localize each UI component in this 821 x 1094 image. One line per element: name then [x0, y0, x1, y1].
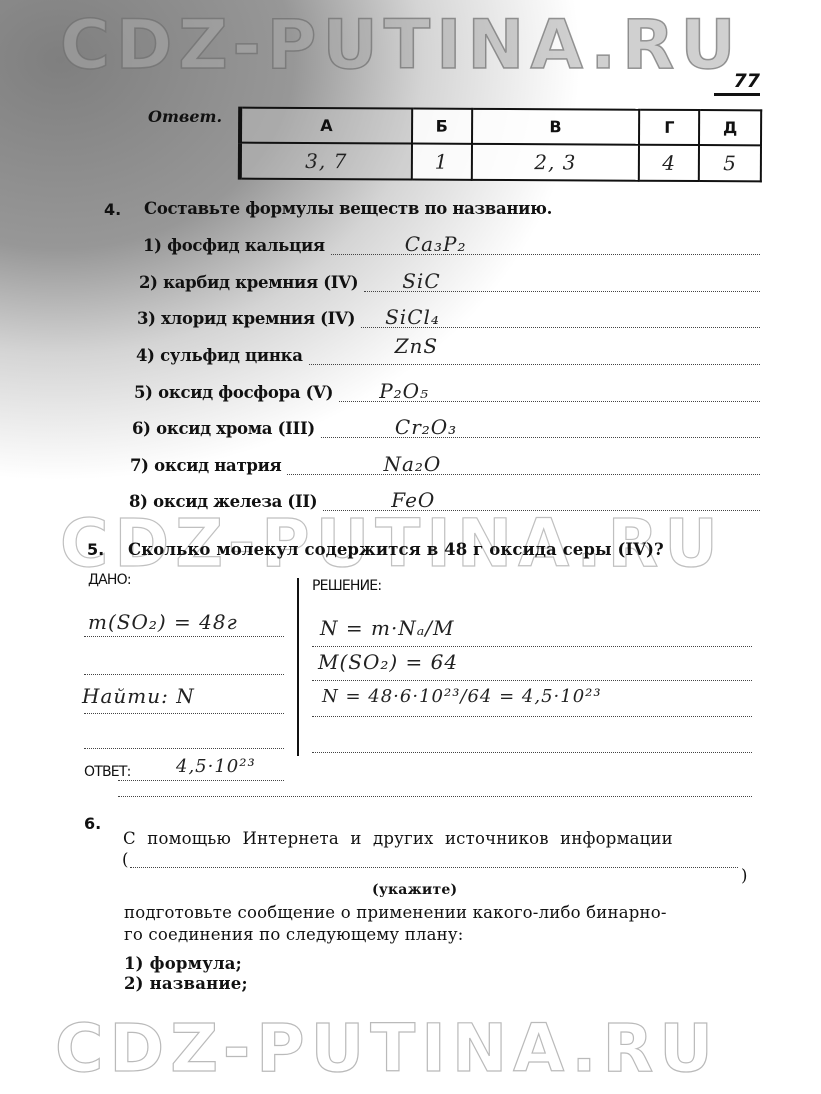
answer-cell-g[interactable]: 4 — [639, 145, 699, 181]
solution-text-3: N = 48·6·10²³/64 = 4,5·10²³ — [322, 686, 602, 707]
answer-text-5: 4,5·10²³ — [176, 756, 256, 777]
task4-item-5: 5) оксид фосфора (V) P₂O₅ — [134, 378, 760, 402]
solution-line-4[interactable] — [312, 752, 752, 753]
task4-item-3: 3) хлорид кремния (IV) SiCl₄ — [137, 304, 760, 328]
answer-line[interactable]: ZnS — [309, 345, 760, 365]
given-line-3[interactable] — [84, 713, 284, 714]
solution-line-1[interactable] — [312, 646, 752, 647]
answer-line-5b[interactable] — [118, 796, 752, 797]
task4-item-2: 2) карбид кремния (IV) SiC — [139, 268, 760, 292]
answer-header-v: В — [472, 109, 640, 145]
answer-line[interactable]: FeO — [323, 491, 760, 511]
watermark-bottom: CDZ-PUTINA.RU — [55, 1010, 719, 1087]
given-text-3: Найти: N — [82, 684, 195, 708]
task6-line2: подготовьте сообщение о применении каког… — [124, 903, 667, 922]
solution-line-3[interactable] — [312, 716, 752, 717]
answer-header-b: Б — [412, 109, 472, 144]
solution-label: РЕШЕНИЕ: — [312, 578, 381, 594]
answer-line[interactable]: Na₂O — [287, 455, 760, 475]
task6-number: 6. — [84, 814, 101, 833]
task4-item-4: 4) сульфид цинка ZnS — [136, 341, 760, 365]
solution-text-2: M(SO₂) = 64 — [318, 650, 458, 674]
answer-label: Ответ. — [148, 107, 222, 126]
task4-number: 4. — [104, 200, 121, 219]
given-text-1: m(SO₂) = 48г — [88, 610, 238, 634]
answer-table: А Б В Г Д 3, 7 1 2, 3 4 5 — [238, 107, 762, 183]
answer-header-d: Д — [699, 110, 761, 145]
answer-line[interactable]: SiCl₄ — [361, 308, 760, 328]
answer-cell-d[interactable]: 5 — [699, 145, 761, 181]
task5-number: 5. — [87, 540, 104, 559]
task6-source-field[interactable] — [130, 867, 738, 868]
answer-line[interactable]: Cr₂O₃ — [321, 418, 760, 438]
answer-line[interactable]: P₂O₅ — [339, 382, 760, 402]
task4-item-1: 1) фосфид кальция Ca₃P₂ — [143, 231, 760, 255]
page-number: 77 — [714, 70, 760, 96]
answer-header-g: Г — [639, 110, 699, 145]
answer-header-a: А — [240, 108, 412, 144]
given-line-1[interactable] — [84, 636, 284, 637]
task5-title: Сколько молекул содержится в 48 г оксида… — [128, 540, 664, 559]
task6-plan-1: 1) формула; — [124, 954, 242, 973]
task6-line1: С помощью Интернета и других источников … — [123, 829, 673, 848]
given-line-4[interactable] — [84, 748, 284, 749]
solution-line-2[interactable] — [312, 680, 752, 681]
answer-label-5: ОТВЕТ: — [84, 764, 131, 780]
given-line-2[interactable] — [84, 674, 284, 675]
answer-cell-a[interactable]: 3, 7 — [240, 143, 412, 180]
task6-close-paren: ) — [741, 866, 748, 885]
task4-item-8: 8) оксид железа (II) FeO — [129, 487, 760, 511]
given-label: ДАНО: — [88, 572, 131, 588]
task4-title: Составьте формулы веществ по названию. — [144, 199, 552, 218]
answer-line[interactable]: Ca₃P₂ — [331, 235, 760, 255]
watermark-top: CDZ-PUTINA.RU — [60, 6, 742, 85]
task4-item-7: 7) оксид натрия Na₂O — [130, 451, 760, 475]
answer-cell-v[interactable]: 2, 3 — [471, 144, 639, 181]
divider-line — [297, 578, 299, 756]
task6-plan-2: 2) название; — [124, 974, 248, 993]
task6-open-paren: ( — [122, 850, 129, 869]
solution-text-1: N = m·Nₐ/M — [320, 616, 455, 640]
answer-cell-b[interactable]: 1 — [412, 144, 472, 180]
task6-line3: го соединения по следующему плану: — [124, 925, 464, 944]
answer-line-5a[interactable] — [118, 780, 284, 781]
task4-item-6: 6) оксид хрома (III) Cr₂O₃ — [132, 414, 760, 438]
answer-line[interactable]: SiC — [364, 272, 760, 292]
task6-hint: (укажите) — [372, 882, 457, 898]
